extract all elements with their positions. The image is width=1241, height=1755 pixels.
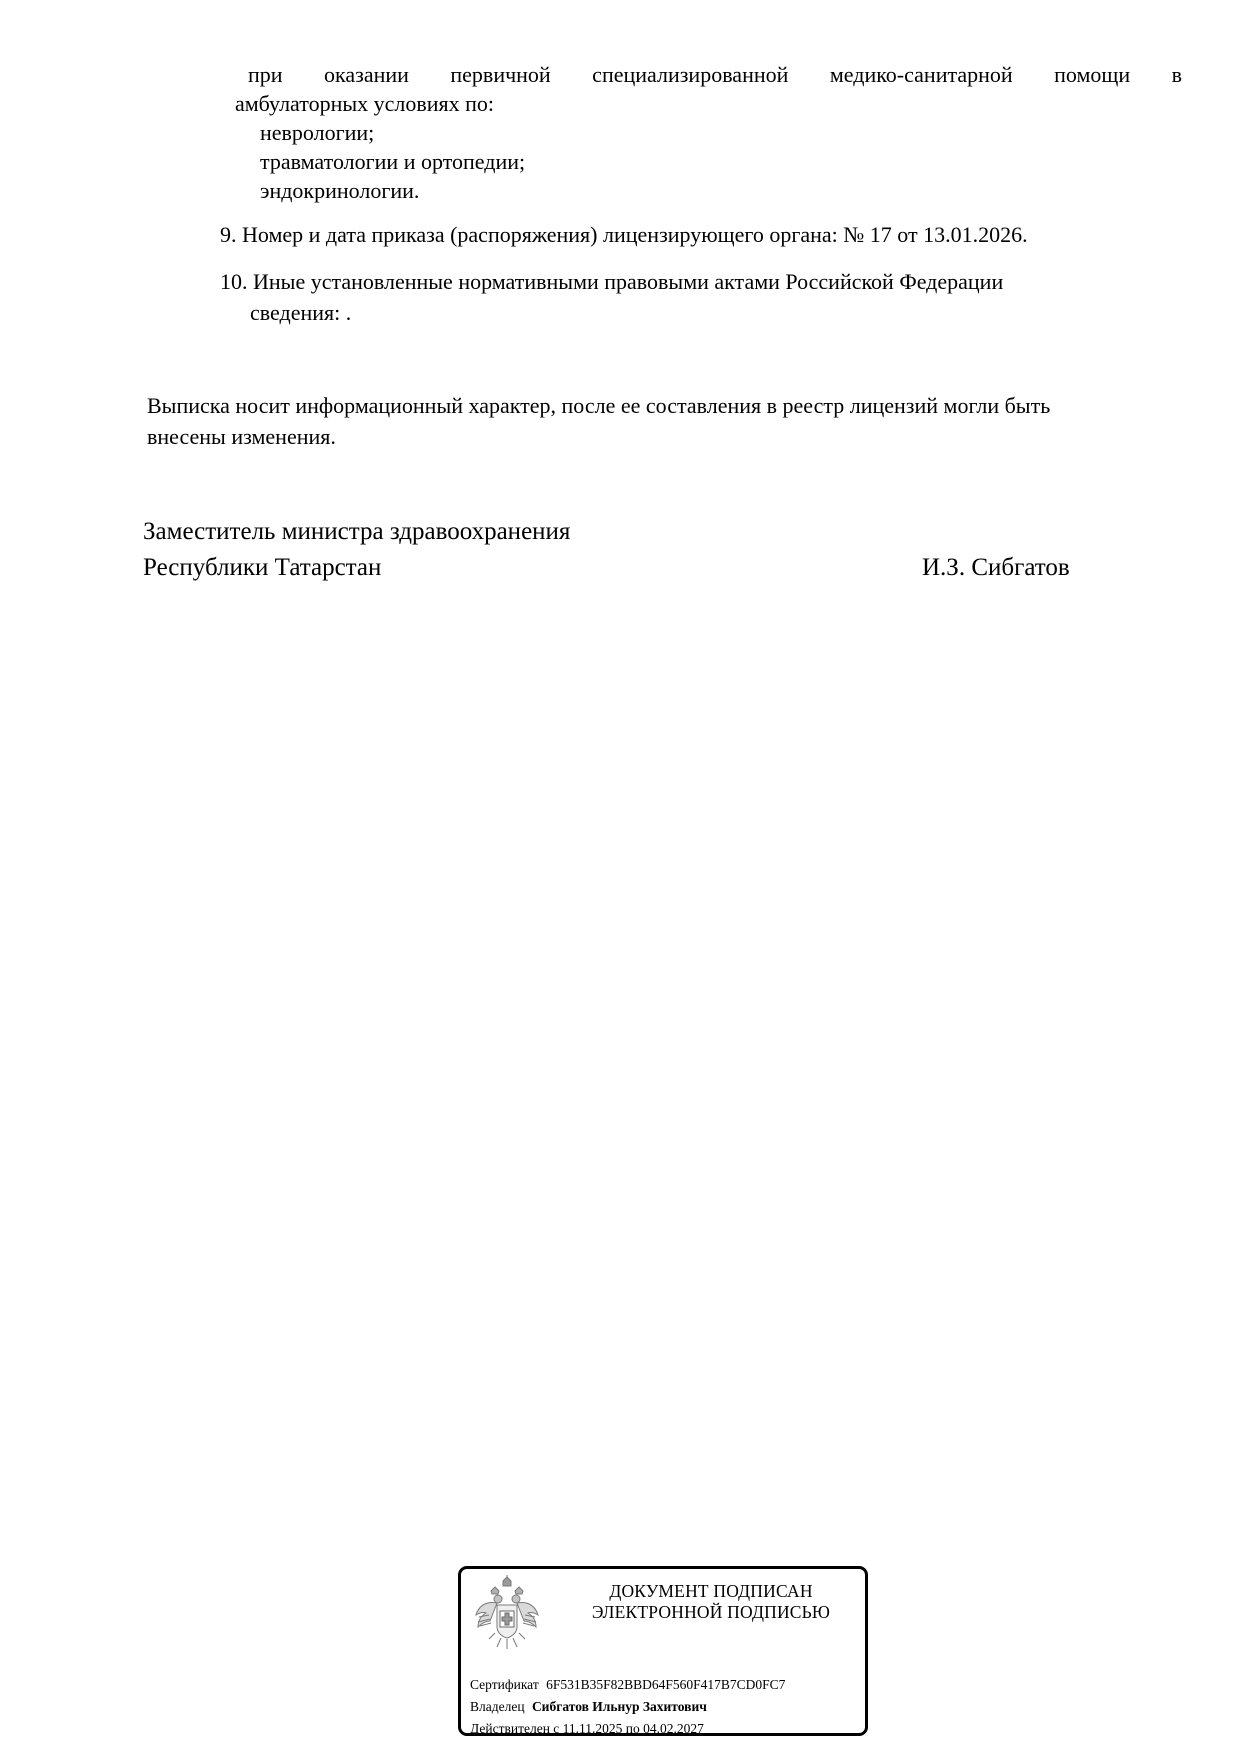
disclaimer-line-1: Выписка носит информационный характер, п… xyxy=(147,391,1050,420)
signatory-name: И.З. Сибгатов xyxy=(922,551,1070,585)
specialty-item: травматологии и ортопедии; xyxy=(260,147,525,176)
double-headed-eagle-emblem-icon xyxy=(473,1575,541,1651)
specialty-list: неврологии; травматологии и ортопедии; э… xyxy=(260,118,525,205)
owner-line: Владелец Сибгатов Ильнур Захитович xyxy=(470,1699,707,1715)
specialty-item: эндокринологии. xyxy=(260,176,525,205)
disclaimer-line-2: внесены изменения. xyxy=(147,422,336,451)
other-info-item-line-1: 10. Иные установленные нормативными прав… xyxy=(220,267,1003,296)
order-number-item: 9. Номер и дата приказа (распоряжения) л… xyxy=(220,220,1028,249)
signatory-title-line-1: Заместитель министра здравоохранения xyxy=(143,515,570,549)
owner-value: Сибгатов Ильнур Захитович xyxy=(532,1699,707,1714)
e-signature-stamp: ДОКУМЕНТ ПОДПИСАН ЭЛЕКТРОННОЙ ПОДПИСЬЮ С… xyxy=(458,1566,868,1736)
intro-text-line-2: амбулаторных условиях по: xyxy=(235,89,494,118)
validity-line: Действителен с 11.11.2025 по 04.02.2027 xyxy=(470,1721,704,1737)
certificate-label: Сертификат xyxy=(470,1677,539,1692)
stamp-heading: ДОКУМЕНТ ПОДПИСАН ЭЛЕКТРОННОЙ ПОДПИСЬЮ xyxy=(561,1581,861,1623)
certificate-value: 6F531B35F82BBD64F560F417B7CD0FC7 xyxy=(546,1677,785,1692)
other-info-item-line-2: сведения: . xyxy=(250,298,351,327)
certificate-line: Сертификат 6F531B35F82BBD64F560F417B7CD0… xyxy=(470,1677,785,1693)
document-page: при оказании первичной специализированно… xyxy=(0,0,1241,1755)
specialty-item: неврологии; xyxy=(260,118,525,147)
owner-label: Владелец xyxy=(470,1699,525,1714)
intro-text-line-1: при оказании первичной специализированно… xyxy=(248,60,1182,89)
stamp-heading-line-1: ДОКУМЕНТ ПОДПИСАН xyxy=(561,1581,861,1602)
signatory-title-line-2: Республики Татарстан xyxy=(143,551,381,585)
stamp-heading-line-2: ЭЛЕКТРОННОЙ ПОДПИСЬЮ xyxy=(561,1602,861,1623)
